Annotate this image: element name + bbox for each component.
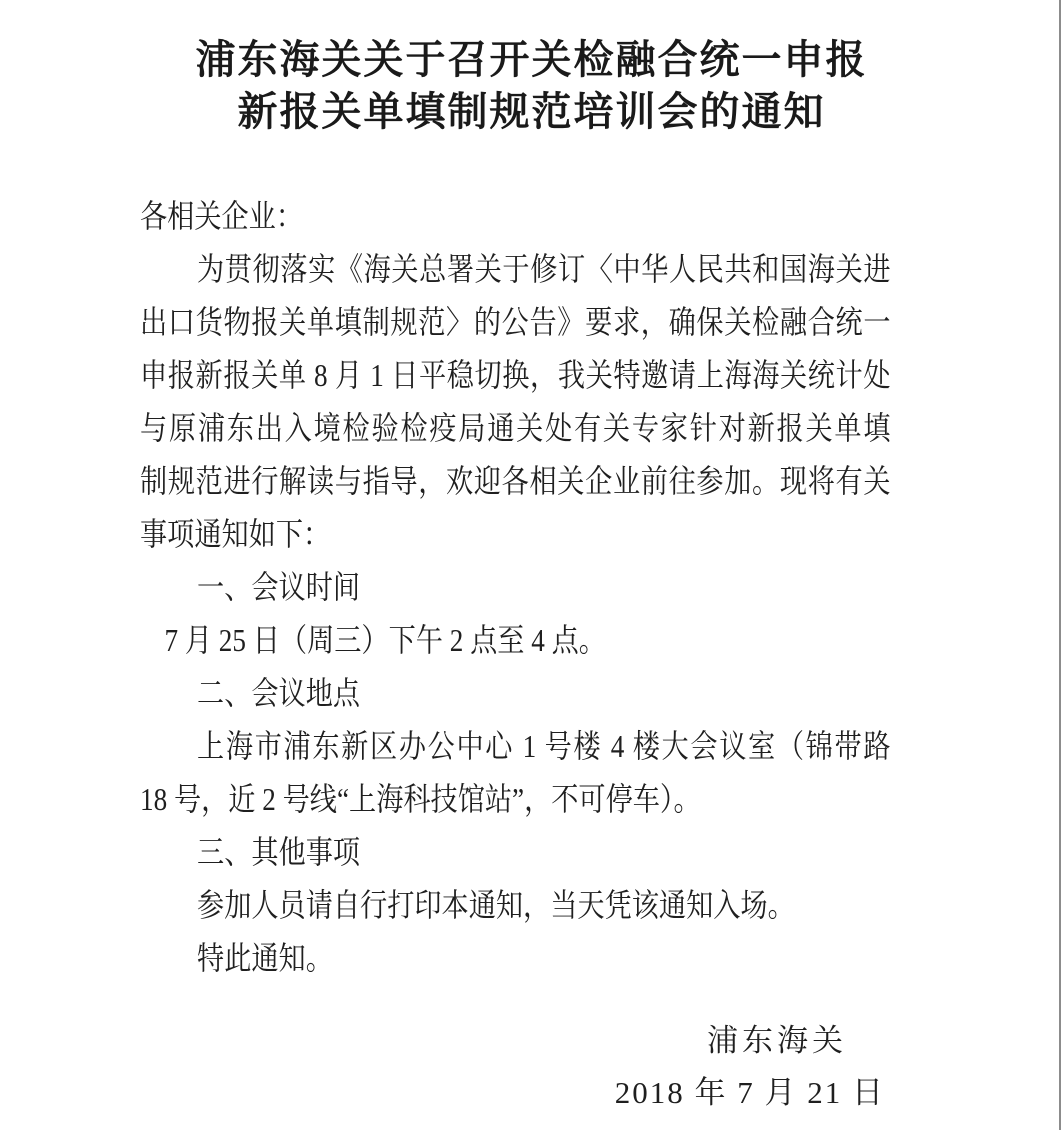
document-line: 参加人员请自行打印本通知，当天凭该通知入场。	[140, 879, 891, 932]
document-line: 一、会议时间	[140, 561, 891, 614]
document-line: 特此通知。	[140, 932, 891, 985]
document-line: 18 号，近 2 号线“上海科技馆站”，不可停车）。	[140, 773, 891, 826]
document-line: 与原浦东出入境检验检疫局通关处有关专家针对新报关单填	[140, 402, 891, 455]
title-line-1: 浦东海关关于召开关检融合统一申报	[0, 34, 1063, 86]
document-line: 二、会议地点	[140, 667, 891, 720]
document-line: 事项通知如下：	[140, 508, 891, 561]
signature-date: 2018 年 7 月 21 日	[0, 1067, 1063, 1119]
title-line-2: 新报关单填制规范培训会的通知	[0, 86, 1063, 138]
document-line: 上海市浦东新区办公中心 1 号楼 4 楼大会议室（锦带路	[140, 720, 891, 773]
document-body: 各相关企业：为贯彻落实《海关总署关于修订〈中华人民共和国海关进出口货物报关单填制…	[140, 190, 891, 985]
notice-document: 浦东海关关于召开关检融合统一申报 新报关单填制规范培训会的通知 各相关企业：为贯…	[0, 0, 1063, 1130]
document-title: 浦东海关关于召开关检融合统一申报 新报关单填制规范培训会的通知	[0, 0, 1063, 138]
document-line: 制规范进行解读与指导，欢迎各相关企业前往参加。现将有关	[140, 455, 891, 508]
scan-edge-line	[1059, 0, 1061, 1130]
document-line: 出口货物报关单填制规范〉的公告》要求，确保关检融合统一	[140, 296, 891, 349]
document-line: 申报新报关单 8 月 1 日平稳切换，我关特邀请上海海关统计处	[140, 349, 891, 402]
document-line: 各相关企业：	[140, 190, 891, 243]
signature-name: 浦东海关	[0, 1015, 1063, 1067]
signature-block: 浦东海关 2018 年 7 月 21 日	[0, 1015, 1063, 1119]
document-line: 为贯彻落实《海关总署关于修订〈中华人民共和国海关进	[140, 243, 891, 296]
document-line: 7 月 25 日（周三）下午 2 点至 4 点。	[140, 614, 891, 667]
document-line: 三、其他事项	[140, 826, 891, 879]
